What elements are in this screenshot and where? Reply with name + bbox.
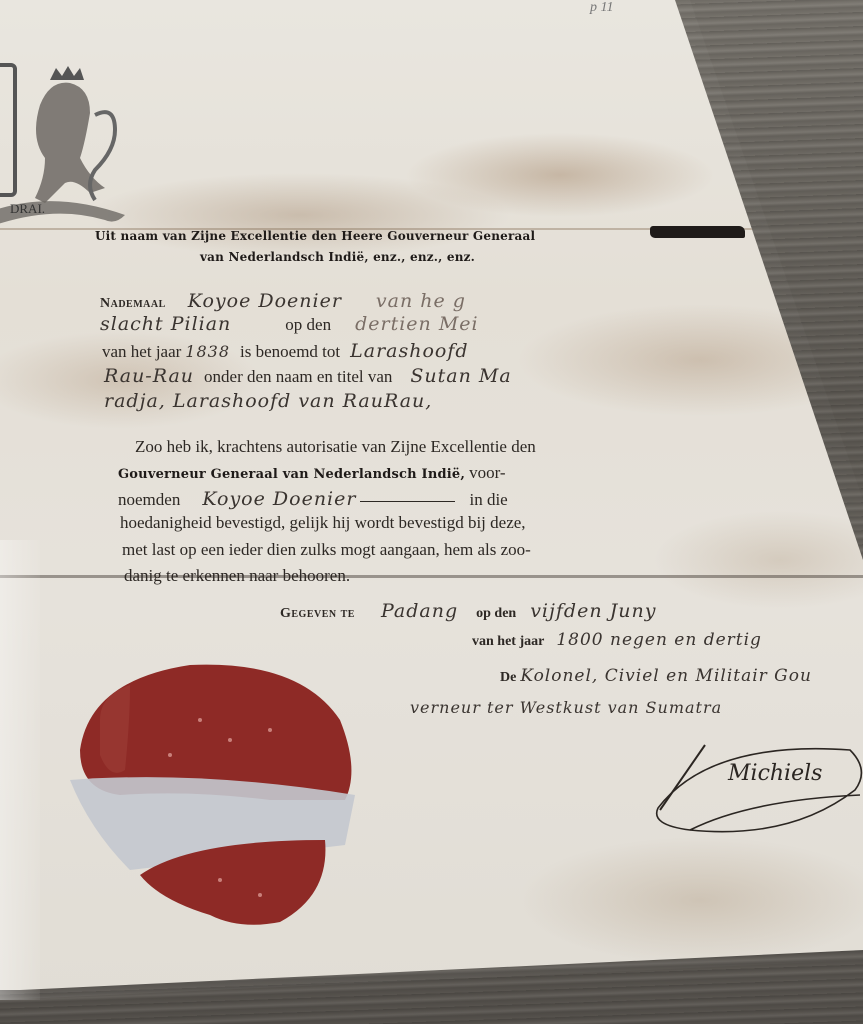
official-title: Kolonel, Civiel en Militair Gou — [520, 666, 812, 686]
corner-note: p 11 — [590, 0, 613, 16]
honorific-title: Sutan Ma — [410, 365, 511, 387]
given-year: 1800 negen en dertig — [556, 630, 762, 650]
static-text: op den — [476, 606, 516, 621]
header-line-1: Uit naam van Zijne Excellentie den Heere… — [95, 229, 535, 243]
confirmation-line-1: Zoo heb ik, krachtens autorisatie van Zi… — [135, 437, 536, 457]
static-text: De — [500, 670, 516, 685]
signature: Michiels — [650, 730, 863, 840]
header-line-2: van Nederlandsch Indië, enz., enz., enz. — [200, 250, 475, 264]
governor-general-title: Gouverneur Generaal van Nederlandsch Ind… — [118, 467, 465, 482]
static-text: van het jaar — [472, 634, 544, 649]
lineage-fill: slacht Pilian — [100, 313, 231, 335]
static-text: voor- — [469, 463, 505, 482]
appointment-date: dertien Mei — [355, 313, 479, 335]
svg-text:Michiels: Michiels — [727, 761, 822, 786]
svg-text:DRAI.: DRAI. — [10, 201, 45, 216]
appointed-title: Larashoofd — [350, 340, 468, 362]
given-place: Padang — [381, 600, 458, 622]
wax-seal — [70, 660, 360, 930]
confirmed-name: Koyoe Doenier — [202, 488, 356, 510]
royal-crest-icon: DRAI. — [0, 35, 135, 235]
appointment-year: 1838 — [185, 342, 230, 361]
static-text: onder den naam en titel van — [204, 367, 392, 386]
appointed-place: Rau-Rau — [104, 365, 194, 387]
given-day: vijfden Juny — [530, 600, 656, 622]
static-text: is benoemd tot — [240, 342, 340, 361]
honorific-title-cont: radja, Larashoofd van RauRau, — [104, 390, 432, 412]
confirmation-line-5: met last op een ieder dien zulks mogt aa… — [122, 540, 531, 560]
fill-line — [360, 501, 455, 502]
fill-text: van he g — [376, 290, 466, 312]
official-title-cont: verneur ter Westkust van Sumatra — [410, 698, 722, 717]
static-text: op den — [285, 315, 331, 334]
confirmation-line-6: danig te erkennen naar behooren. — [124, 566, 350, 586]
static-text: van het jaar — [102, 342, 181, 361]
confirmation-line-4: hoedanigheid bevestigd, gelijk hij wordt… — [120, 513, 526, 533]
ink-blot — [650, 226, 745, 238]
given-at-label: Gegeven te — [280, 606, 355, 621]
lead-word: Nademaal — [100, 296, 166, 311]
sleeve-edge — [0, 540, 40, 1000]
static-text: noemden — [118, 490, 180, 509]
appointee-name: Koyoe Doenier — [188, 290, 342, 312]
static-text: in die — [469, 490, 507, 509]
